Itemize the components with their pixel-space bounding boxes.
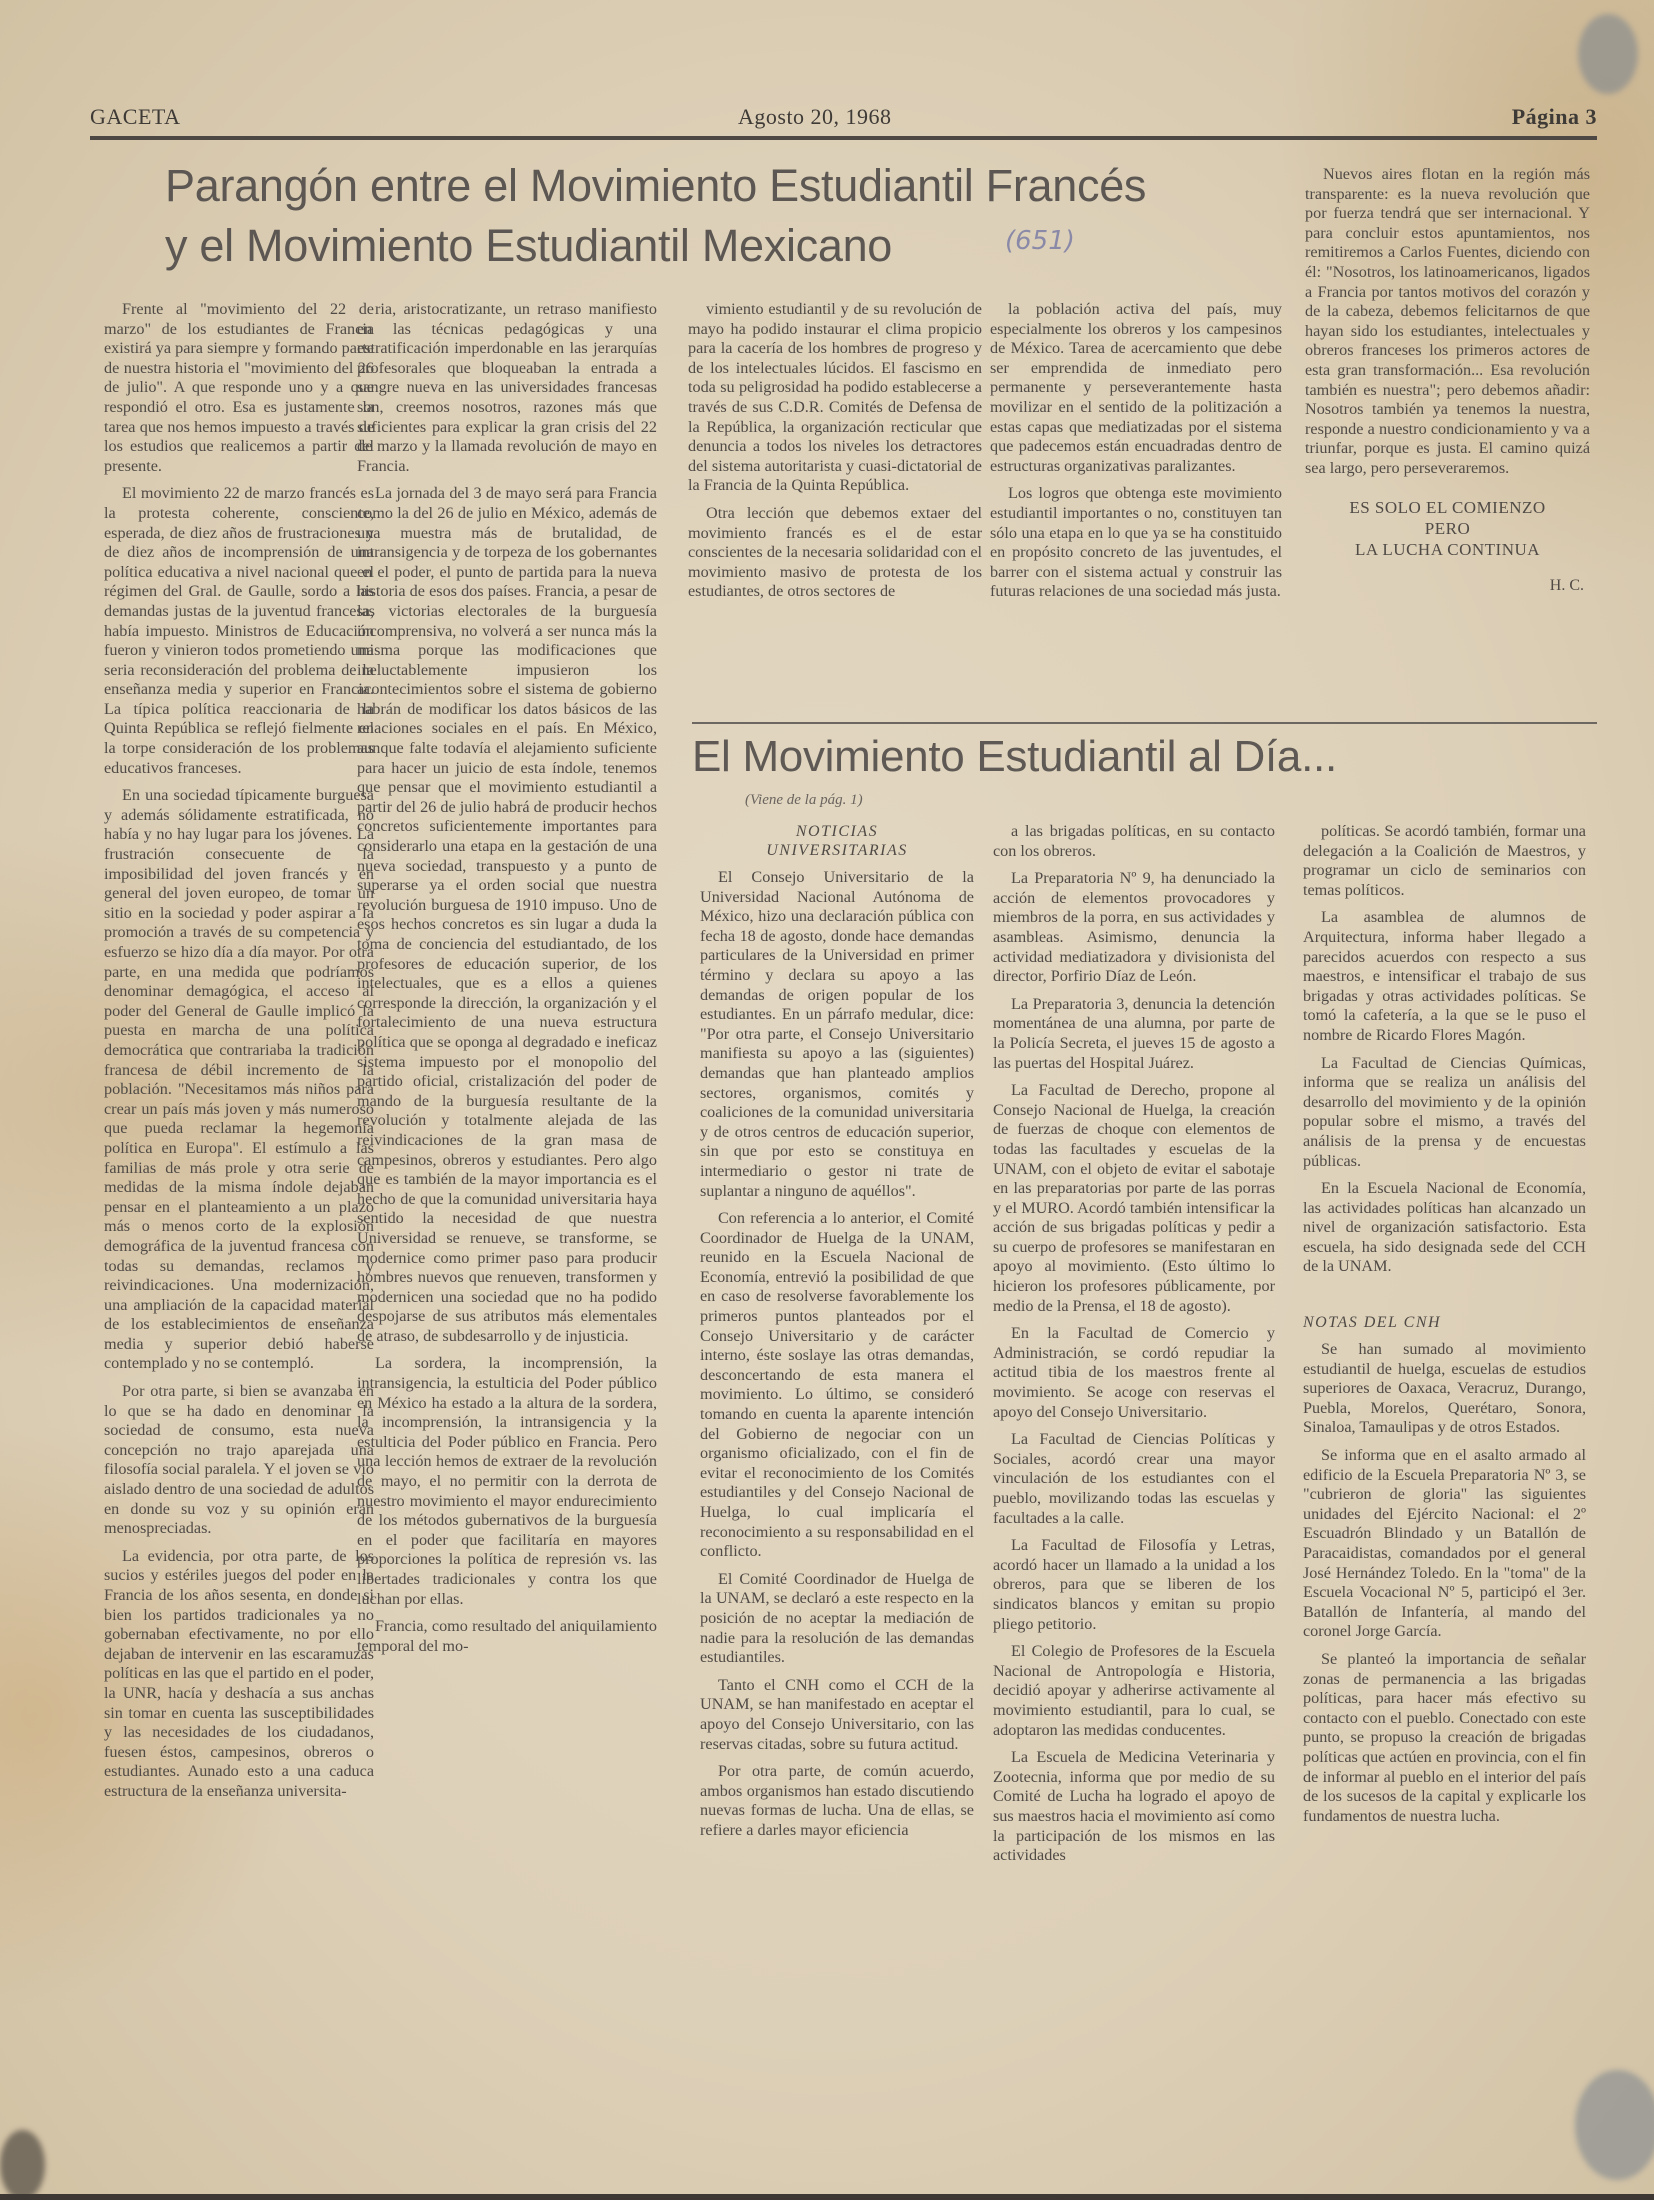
handwritten-annotation: (651) bbox=[1005, 226, 1075, 256]
author-signature: H. C. bbox=[1305, 576, 1590, 596]
paragraph: La Preparatoria Nº 9, ha denunciado la a… bbox=[993, 869, 1275, 987]
article-column-3: vimiento estudiantil y de su revolución … bbox=[688, 300, 982, 602]
paragraph: la población activa del país, muy especi… bbox=[990, 300, 1282, 476]
paragraph: La Facultad de Derecho, propone al Conse… bbox=[993, 1081, 1275, 1316]
paragraph: Se planteó la importancia de señalar zon… bbox=[1303, 1650, 1586, 1826]
newspaper-page: GACETA Agosto 20, 1968 Página 3 Parangón… bbox=[0, 0, 1654, 2200]
paragraph: Con referencia a lo anterior, el Comité … bbox=[700, 1209, 974, 1562]
slogan-line: PERO bbox=[1305, 518, 1590, 539]
paragraph: a las brigadas políticas, en su contacto… bbox=[993, 822, 1275, 861]
slogan-line: LA LUCHA CONTINUA bbox=[1305, 539, 1590, 560]
paragraph: En una sociedad típicamente burguesa y a… bbox=[104, 786, 374, 1374]
page-corner-shadow bbox=[0, 2130, 45, 2200]
paragraph: La Facultad de Ciencias Químicas, inform… bbox=[1303, 1054, 1586, 1172]
paragraph: La Preparatoria 3, denuncia la detención… bbox=[993, 995, 1275, 1073]
paragraph: vimiento estudiantil y de su revolución … bbox=[688, 300, 982, 496]
spacer bbox=[1303, 1277, 1586, 1313]
paragraph: El Comité Coordinador de Huelga de la UN… bbox=[700, 1570, 974, 1668]
closing-slogan: ES SOLO EL COMIENZO PERO LA LUCHA CONTIN… bbox=[1305, 497, 1590, 560]
paragraph: Tanto el CNH como el CCH de la UNAM, se … bbox=[700, 1676, 974, 1754]
paragraph: La Facultad de Filosofía y Letras, acord… bbox=[993, 1536, 1275, 1634]
paragraph: Frente al "movimiento del 22 de marzo" d… bbox=[104, 300, 374, 476]
article-title: El Movimiento Estudiantil al Día... bbox=[692, 728, 1597, 786]
paragraph: ria, aristocratizante, un retraso manifi… bbox=[357, 300, 657, 476]
paragraph: Francia, como resultado del aniquilamien… bbox=[357, 1617, 657, 1656]
article-column-2: ria, aristocratizante, un retraso manifi… bbox=[357, 300, 657, 1656]
article-title: Parangón entre el Movimiento Estudiantil… bbox=[165, 156, 1225, 276]
paragraph: En la Escuela Nacional de Economía, las … bbox=[1303, 1179, 1586, 1277]
paragraph: La jornada del 3 de mayo será para Franc… bbox=[357, 484, 657, 1346]
article-title-line: Parangón entre el Movimiento Estudiantil… bbox=[165, 156, 1225, 216]
paragraph: El Consejo Universitario de la Universid… bbox=[700, 868, 974, 1201]
scan-edge bbox=[0, 2194, 1654, 2200]
article-column-2: a las brigadas políticas, en su contacto… bbox=[993, 822, 1275, 1866]
section-heading: NOTICIAS UNIVERSITARIAS bbox=[700, 822, 974, 860]
article-column-4: la población activa del país, muy especi… bbox=[990, 300, 1282, 602]
paragraph: Se informa que en el asalto armado al ed… bbox=[1303, 1446, 1586, 1642]
article-column-1: NOTICIAS UNIVERSITARIAS El Consejo Unive… bbox=[700, 822, 974, 1841]
paragraph: políticas. Se acordó también, formar una… bbox=[1303, 822, 1586, 900]
page-header: GACETA Agosto 20, 1968 Página 3 bbox=[90, 100, 1597, 132]
issue-date: Agosto 20, 1968 bbox=[738, 104, 892, 130]
paragraph: Otra lección que debemos extaer del movi… bbox=[688, 504, 982, 602]
paragraph: La sordera, la incomprensión, la intrans… bbox=[357, 1354, 657, 1609]
article-column-1: Frente al "movimiento del 22 de marzo" d… bbox=[104, 300, 374, 1802]
paragraph: La Facultad de Ciencias Políticas y Soci… bbox=[993, 1430, 1275, 1528]
paragraph: El Colegio de Profesores de la Escuela N… bbox=[993, 1642, 1275, 1740]
paragraph: El movimiento 22 de marzo francés es la … bbox=[104, 484, 374, 778]
header-rule bbox=[90, 136, 1597, 140]
paragraph: En la Facultad de Comercio y Administrac… bbox=[993, 1324, 1275, 1422]
paragraph: La asamblea de alumnos de Arquitectura, … bbox=[1303, 908, 1586, 1045]
continued-from-note: (Viene de la pág. 1) bbox=[745, 792, 863, 809]
slogan-line: ES SOLO EL COMIENZO bbox=[1305, 497, 1590, 518]
paragraph: La Escuela de Medicina Veterinaria y Zoo… bbox=[993, 1748, 1275, 1866]
article-column-5: Nuevos aires flotan en la región más tra… bbox=[1305, 165, 1590, 595]
section-rule bbox=[692, 722, 1597, 724]
article-column-3: políticas. Se acordó también, formar una… bbox=[1303, 822, 1586, 1826]
publication-name: GACETA bbox=[90, 104, 180, 130]
paragraph: Se han sumado al movimiento estudiantil … bbox=[1303, 1340, 1586, 1438]
section-heading: NOTAS DEL CNH bbox=[1303, 1313, 1586, 1332]
paragraph: La evidencia, por otra parte, de los suc… bbox=[104, 1547, 374, 1802]
paragraph: Nuevos aires flotan en la región más tra… bbox=[1305, 165, 1590, 479]
paragraph: Por otra parte, si bien se avanzaba en l… bbox=[104, 1382, 374, 1539]
section-heading-line: NOTICIAS bbox=[796, 823, 878, 840]
page-number: Página 3 bbox=[1512, 104, 1597, 130]
section-heading-line: UNIVERSITARIAS bbox=[766, 842, 908, 859]
water-stain bbox=[1575, 2070, 1654, 2180]
paragraph: Por otra parte, de común acuerdo, ambos … bbox=[700, 1762, 974, 1840]
paragraph: Los logros que obtenga este movimiento e… bbox=[990, 484, 1282, 602]
water-stain bbox=[1578, 14, 1638, 94]
